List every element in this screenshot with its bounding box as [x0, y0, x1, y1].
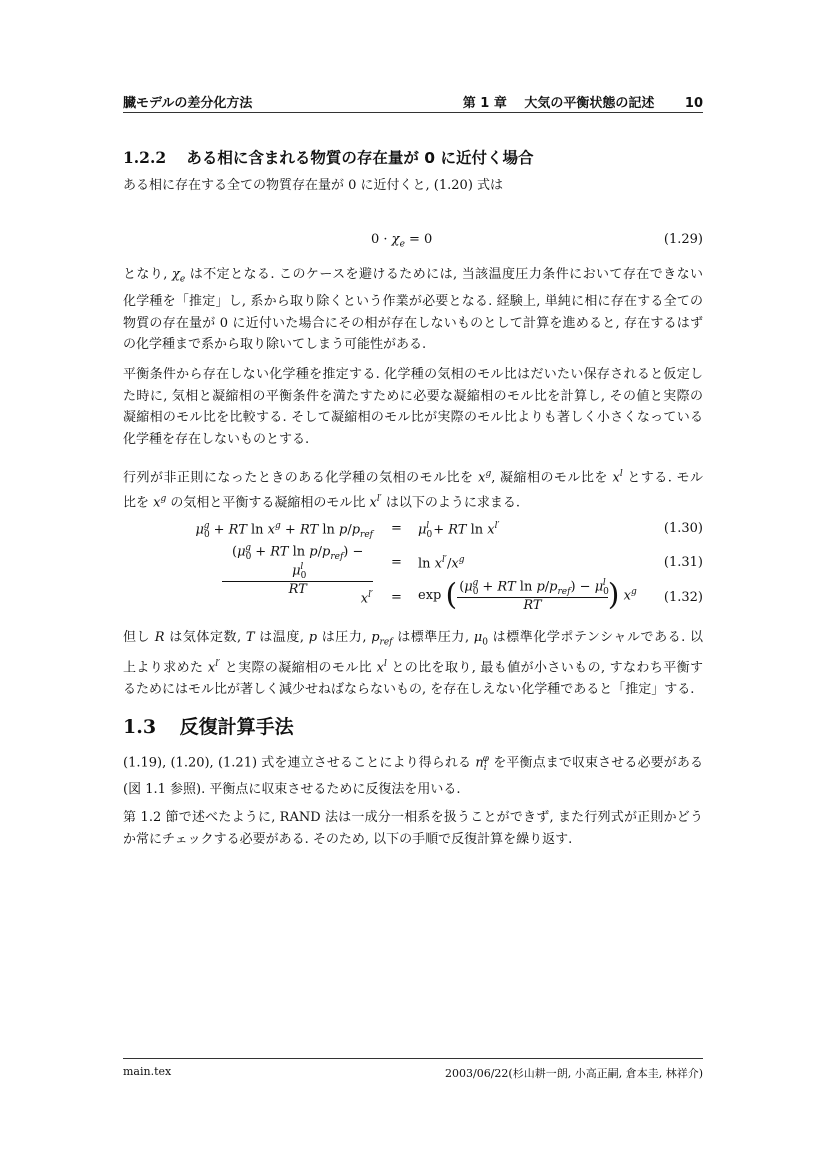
section-number: 1.3 — [123, 716, 173, 738]
equation-lhs: xl′ — [361, 590, 373, 606]
equation-rhs: ln xl′/xg — [418, 555, 464, 571]
header-rule — [123, 112, 703, 113]
header-chapter: 第 1 章 大気の平衡状態の記述 10 — [463, 92, 703, 111]
equation-lhs: (μ0g + RT ln p/pref) − μ0l RT — [222, 543, 373, 597]
header-title: 臓モデルの差分化方法 — [123, 92, 252, 111]
section-number: 1.2.2 — [123, 148, 181, 167]
equation-number: (1.29) — [664, 232, 703, 247]
section-title: 反復計算手法 — [180, 716, 294, 738]
section-heading-1-3: 1.3 反復計算手法 — [123, 712, 294, 739]
paragraph-3: 平衡条件から存在しない化学種を推定する. 化学種の気相のモル比はだいたい保存され… — [123, 364, 703, 450]
equation-rhs: exp ( (μ0g + RT ln p/pref) − μ0l RT ) xg — [418, 578, 637, 613]
footer-rule — [123, 1058, 703, 1059]
paragraph-5: 但し R は気体定数, T は温度, p は圧力, pref は標準圧力, μ0… — [123, 627, 703, 700]
paragraph-6: (1.19), (1.20), (1.21) 式を連立させることにより得られる … — [123, 749, 703, 801]
footer-date-authors: 2003/06/22(杉山耕一朗, 小高正嗣, 倉本圭, 林祥介) — [445, 1065, 703, 1081]
equation-rhs: μ0l + RT ln xl′ — [418, 521, 500, 540]
footer-filename: main.tex — [123, 1065, 171, 1078]
running-header: 臓モデルの差分化方法 第 1 章 大気の平衡状態の記述 10 — [123, 92, 703, 112]
section-title: ある相に含まれる物質の存在量が 0 に近付く場合 — [186, 149, 533, 167]
paragraph-2: となり, χe は不定となる. このケースを避けるためには, 当該温度圧力条件に… — [123, 264, 703, 356]
equation-body: 0 · χe = 0 — [371, 232, 432, 250]
paragraph-7: 第 1.2 節で述べたように, RAND 法は一成分一相系を扱うことができず, … — [123, 807, 703, 850]
section-heading-1-2-2: 1.2.2 ある相に含まれる物質の存在量が 0 に近付く場合 — [123, 146, 534, 168]
paragraph-4: 行列が非正則になったときのある化学種の気相のモル比を xg, 凝縮相のモル比を … — [123, 464, 703, 514]
paragraph-1: ある相に存在する全ての物質存在量が 0 に近付くと, (1.20) 式は — [123, 175, 703, 197]
equation-lhs: μ0g + RT ln xg + RT ln p/pref — [196, 521, 373, 540]
